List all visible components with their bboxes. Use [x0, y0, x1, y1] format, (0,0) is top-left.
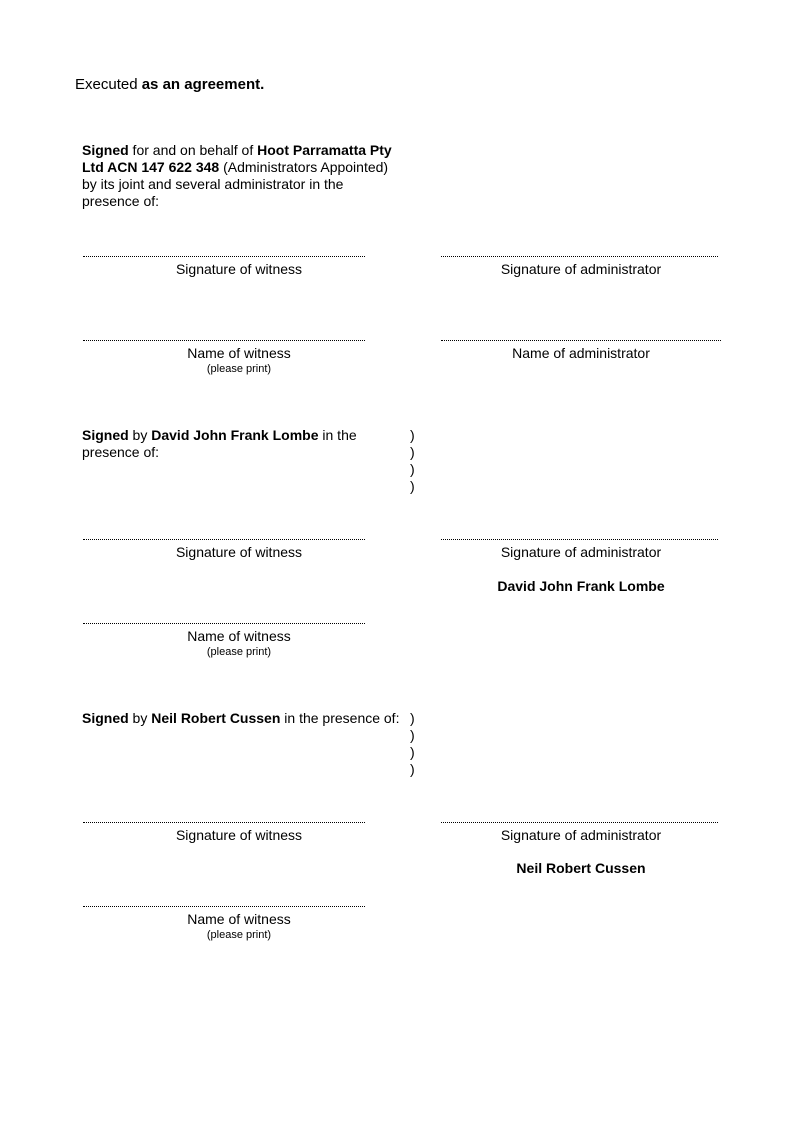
clause-text: in the presence of:: [280, 710, 399, 726]
execution-emphasis: as an agreement.: [142, 76, 265, 93]
witness-name-hint: (please print): [83, 363, 395, 376]
signed-keyword: Signed: [82, 710, 129, 726]
administrator-signature-line[interactable]: [441, 822, 718, 823]
witness-signature-line[interactable]: [83, 539, 365, 540]
bracket: ): [410, 744, 420, 761]
witness-name-line[interactable]: [83, 623, 365, 624]
bracket: ): [410, 727, 420, 744]
company-signing-clause: Signed for and on behalf of Hoot Parrama…: [82, 142, 397, 210]
bracket-column: ) ) ) ): [410, 427, 420, 495]
administrator-signature-line[interactable]: [441, 256, 718, 257]
witness-name-label: Name of witness: [83, 628, 395, 645]
cussen-signing-clause: Signed by Neil Robert Cussen in the pres…: [82, 710, 400, 727]
witness-signature-line[interactable]: [83, 822, 365, 823]
witness-signature-label: Signature of witness: [83, 544, 395, 561]
bracket: ): [410, 710, 420, 727]
witness-signature-label: Signature of witness: [83, 827, 395, 844]
administrator-signature-line[interactable]: [441, 539, 718, 540]
bracket-column: ) ) ) ): [410, 710, 420, 778]
administrator-printed-name: Neil Robert Cussen: [441, 860, 721, 877]
execution-statement: Executed as an agreement.: [75, 75, 264, 95]
witness-signature-line[interactable]: [83, 256, 365, 257]
lombe-signing-clause: Signed by David John Frank Lombe in the …: [82, 427, 402, 461]
clause-text: by: [129, 427, 152, 443]
witness-name-hint: (please print): [83, 646, 395, 659]
witness-name-line[interactable]: [83, 340, 365, 341]
bracket: ): [410, 761, 420, 778]
witness-signature-label: Signature of witness: [83, 261, 395, 278]
administrator-signature-label: Signature of administrator: [441, 261, 721, 278]
clause-text: for and on behalf of: [129, 142, 257, 158]
administrator-name: David John Frank Lombe: [151, 427, 318, 443]
bracket: ): [410, 427, 420, 444]
execution-prefix: Executed: [75, 76, 142, 93]
bracket: ): [410, 444, 420, 461]
bracket: ): [410, 461, 420, 478]
witness-name-hint: (please print): [83, 929, 395, 942]
administrator-printed-name: David John Frank Lombe: [441, 578, 721, 595]
signed-keyword: Signed: [82, 142, 129, 158]
administrator-name: Neil Robert Cussen: [151, 710, 280, 726]
witness-name-line[interactable]: [83, 906, 365, 907]
signed-keyword: Signed: [82, 427, 129, 443]
administrator-name-label: Name of administrator: [441, 345, 721, 362]
administrator-name-line[interactable]: [441, 340, 721, 341]
administrator-signature-label: Signature of administrator: [441, 544, 721, 561]
administrator-signature-label: Signature of administrator: [441, 827, 721, 844]
clause-text: by: [129, 710, 152, 726]
witness-name-label: Name of witness: [83, 345, 395, 362]
witness-name-label: Name of witness: [83, 911, 395, 928]
bracket: ): [410, 478, 420, 495]
